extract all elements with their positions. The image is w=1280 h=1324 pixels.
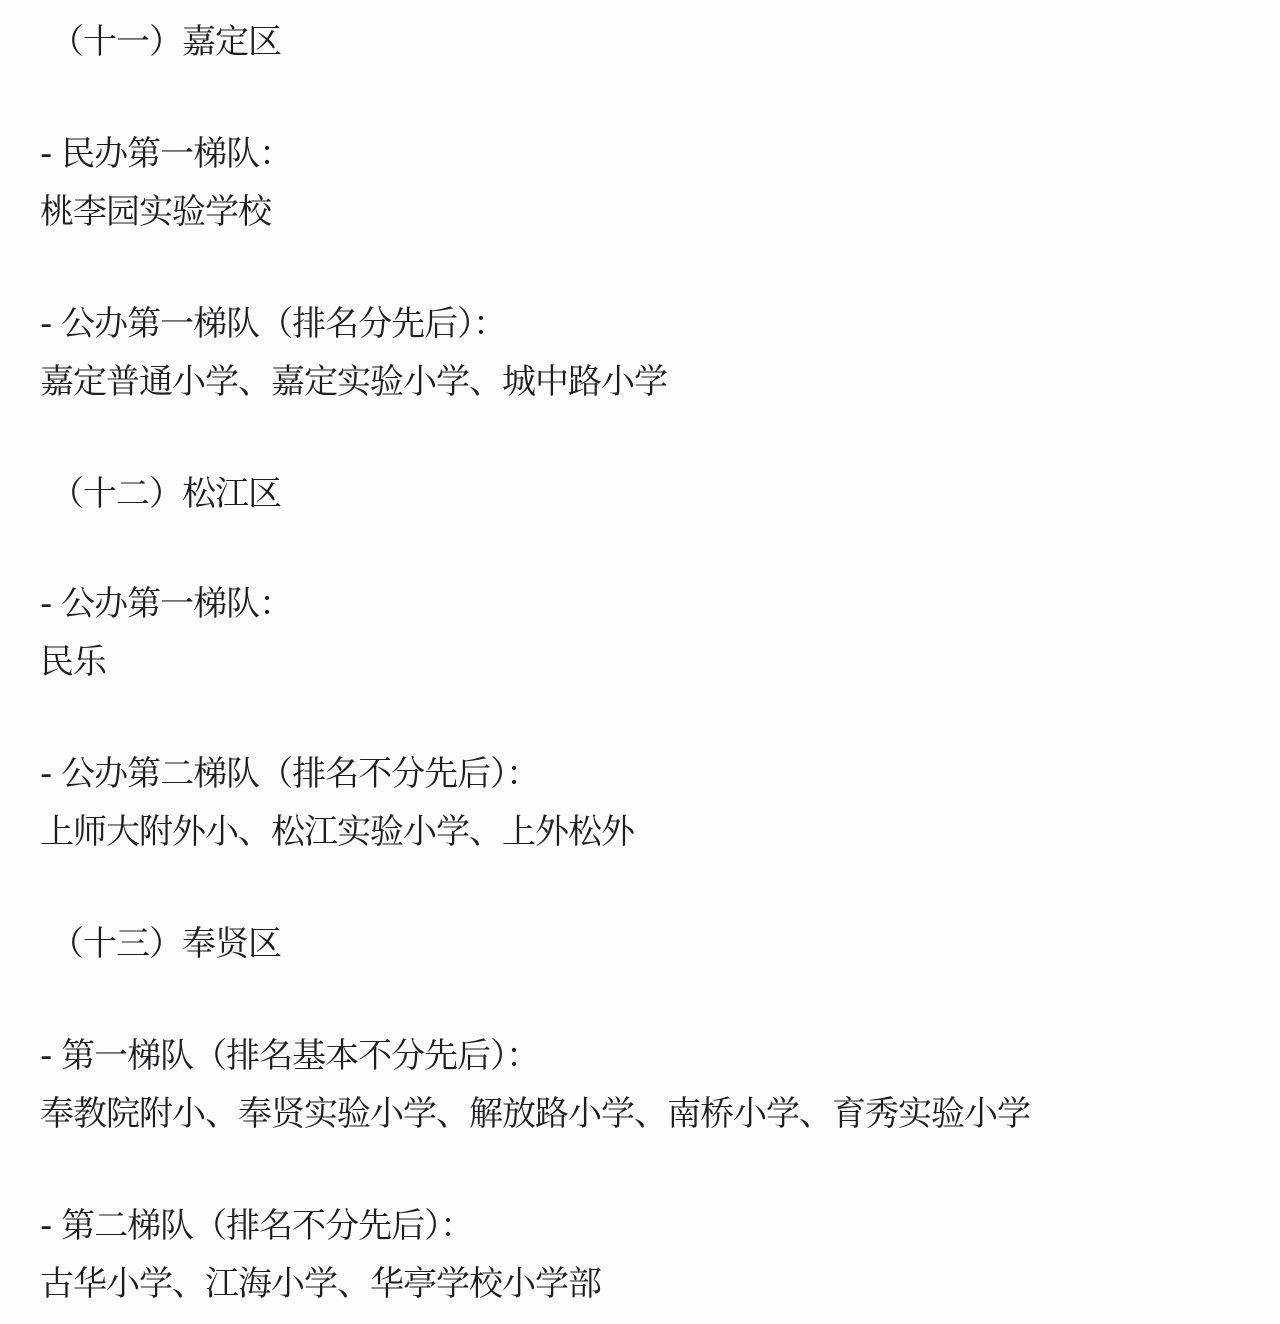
school-list: 民乐: [40, 642, 106, 682]
school-list: 嘉定普通小学、嘉定实验小学、城中路小学: [40, 362, 667, 402]
group-label: - 民办第一梯队：: [40, 134, 292, 174]
group-label: - 公办第一梯队（排名分先后）：: [40, 304, 506, 344]
group-label: - 第一梯队（排名基本不分先后）：: [40, 1036, 539, 1076]
section-heading-jiading: （十一）嘉定区: [50, 22, 281, 62]
school-list: 奉教院附小、奉贤实验小学、解放路小学、南桥小学、育秀实验小学: [40, 1094, 1030, 1134]
group-label: - 公办第二梯队（排名不分先后）：: [40, 754, 539, 794]
section-heading-songjiang: （十二）松江区: [50, 474, 281, 514]
group-label: - 公办第一梯队：: [40, 584, 292, 624]
school-list: 上师大附外小、松江实验小学、上外松外: [40, 812, 634, 852]
section-heading-fengxian: （十三）奉贤区: [50, 924, 281, 964]
school-list: 桃李园实验学校: [40, 192, 271, 232]
group-label: - 第二梯队（排名不分先后）：: [40, 1206, 473, 1246]
school-list: 古华小学、江海小学、华亭学校小学部: [40, 1264, 601, 1304]
